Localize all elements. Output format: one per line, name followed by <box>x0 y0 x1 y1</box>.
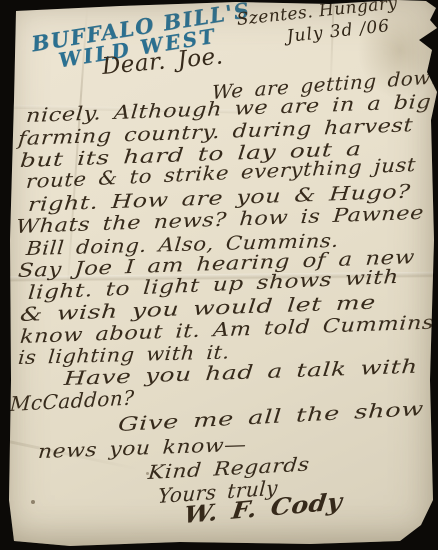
scanned-letter-photo: BUFFALO BILL'S WILD WEST Szentes. Hungar… <box>0 0 438 550</box>
paper-speck <box>31 500 35 504</box>
letter-line: McCaddon? <box>9 387 135 414</box>
letter-line: Give me all the show <box>118 400 425 435</box>
letter-paper: BUFFALO BILL'S WILD WEST Szentes. Hungar… <box>0 0 438 550</box>
